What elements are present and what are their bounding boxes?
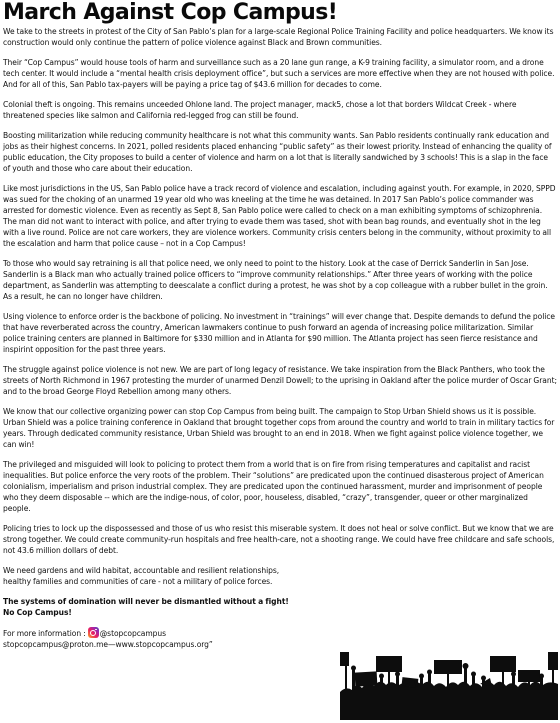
paragraph-cop-campus: Their “Cop Campus” would house tools of … [3,57,557,90]
paragraph-struggle: The struggle against police violence is … [3,364,557,397]
closing-line-2: No Cop Campus! [3,608,72,617]
paragraph-policing: Policing tries to lock up the dispossess… [3,523,557,556]
paragraph-violence-order: Using violence to enforce order is the b… [3,311,557,355]
instagram-icon [88,627,99,638]
flyer: March Against Cop Campus! We take to the… [3,0,557,650]
paragraph-organizing: We know that our collective organizing p… [3,406,557,450]
contact-label: For more information : [3,629,88,638]
paragraph-track-record: Like most jurisdictions in the US, San P… [3,183,557,249]
paragraph-intro: We take to the streets in protest of the… [3,26,557,48]
paragraph-retraining: To those who would say retraining is all… [3,258,557,302]
contact-info: For more information : @stopcopcampus st… [3,627,557,650]
closing-statement: The systems of domination will never be … [3,596,557,618]
paragraph-militarization: Boosting militarization while reducing c… [3,130,557,174]
contact-email-website[interactable]: stopcopcampus@proton.me—www.stopcopcampu… [3,640,213,649]
instagram-handle[interactable]: @stopcopcampus [100,629,166,638]
paragraph-colonial-theft: Colonial theft is ongoing. This remains … [3,99,557,121]
paragraph-needs: We need gardens and wild habitat, accoun… [3,565,323,587]
flyer-title: March Against Cop Campus! [3,0,557,25]
protest-crowd-silhouette [340,652,558,720]
closing-line-1: The systems of domination will never be … [3,597,289,606]
needs-line-1: We need gardens and wild habitat, accoun… [3,566,279,575]
needs-line-2: healthy families and communities of care… [3,577,272,586]
paragraph-privileged: The privileged and misguided will look t… [3,459,557,514]
